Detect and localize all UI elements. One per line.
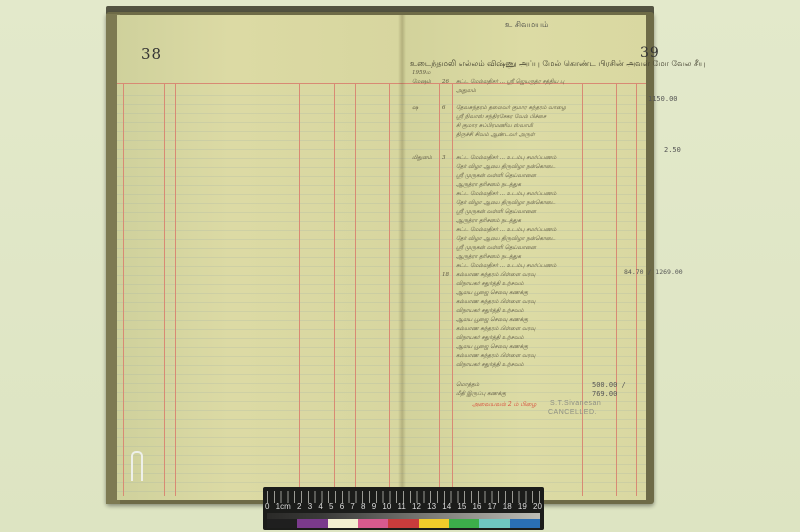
page-heading: உடைந்தமலி எல்லம் விஷ்ணு அப்பு மேல் கொண்ட… — [410, 59, 705, 69]
entry-line: ஸ்ரீ முருகன் வள்ளி தெய்வானை — [456, 244, 536, 253]
entry-day: 3 — [442, 154, 446, 163]
ruler-number: 4 — [318, 502, 322, 513]
ruled-lines — [117, 87, 402, 494]
cancelled-stamp: CANCELLED. — [548, 409, 597, 416]
ruler-number: 9 — [372, 502, 376, 513]
ruler-number: 14 — [442, 502, 451, 513]
entry-line: தேர் விழா ஆலய திருவிழா நன்கொடை — [456, 199, 555, 208]
entry-line: சுட்ட மேல்லதிசர் ... உடம்பு சமர்ப்பணம் — [456, 154, 556, 163]
entry-month: மிதுனம் — [412, 154, 432, 163]
total-amount: 500.00 / 769.00 — [592, 381, 652, 399]
top-invocation: உ சிவமயம் — [505, 20, 548, 30]
ruler-number: 0 — [265, 502, 269, 513]
entry-line: தேர் விழா ஆலய திருவிழா நன்கொடை — [456, 235, 555, 244]
entry-line: விநாயகர் சதுர்த்தி உற்சவம் — [456, 307, 524, 316]
entry-line: ஆலய பூஜை செலவு கணக்கு — [456, 289, 528, 298]
entry-line: விநாயகர் சதுர்த்தி உற்சவம் — [456, 280, 524, 289]
ruler-number: 11 — [398, 502, 406, 513]
entry-day: 6 — [442, 104, 446, 113]
column-line — [582, 83, 583, 496]
entry-line: ஸ்ரீ முருகன் வள்ளி தெய்வானை — [456, 208, 536, 217]
column-line — [636, 83, 637, 496]
color-swatch — [449, 519, 479, 528]
entry-line: ஆருத்ரா தரிசனம் நடத்துக — [456, 181, 521, 190]
ruler-number: 6 — [340, 502, 344, 513]
ruler-number: 12 — [412, 502, 421, 513]
color-swatch — [479, 519, 509, 528]
entry-line: ஸ்ரீ முருகன் வள்ளி தெய்வானை — [456, 172, 536, 181]
entry-line: தேர் விழா ஆலய திருவிழா நன்கொடை — [456, 163, 555, 172]
scale-ruler: 0 1cm 2 3 4 5 6 7 8 9 10 11 12 13 14 15 … — [263, 487, 544, 530]
ruler-number: 3 — [308, 502, 312, 513]
entry-month: மேஷம் — [412, 78, 431, 87]
paper-clip — [131, 451, 143, 481]
red-annotation: அவையவல் 2 ம் பிழை — [472, 401, 536, 409]
entry-line: ஸ்ரீ நிவாஸ் சந்திரசேகர வேல் பிச்சை — [456, 113, 546, 122]
entry-amount: 2.50 — [664, 146, 681, 154]
ruler-number: 17 — [488, 502, 497, 513]
ruler-number: 13 — [427, 502, 436, 513]
page-number-left: 38 — [141, 45, 162, 63]
ruler-number: 16 — [473, 502, 482, 513]
entry-line: கல்யாண சுந்தரம் பிள்ளை வரவு — [456, 298, 535, 307]
entry-line: ஆலய பூஜை செலவு கணக்கு — [456, 343, 528, 352]
column-line — [299, 83, 300, 496]
ruler-number: 8 — [361, 502, 365, 513]
color-swatch — [297, 519, 327, 528]
ruler-number: 20 — [533, 502, 542, 513]
entry-line: சி குமார சுப்பிரமணிய ஸ்வாமி — [456, 122, 533, 131]
ruler-number: 5 — [329, 502, 333, 513]
ruler-number: 2 — [297, 502, 301, 513]
ruler-number: 18 — [503, 502, 512, 513]
right-page: 39 உடைந்தமலி எல்லம் விஷ்ணு அப்பு மேல் கொ… — [402, 15, 646, 500]
year-label: 1959ம — [412, 69, 430, 78]
column-line — [334, 83, 335, 496]
color-swatches — [267, 519, 540, 528]
column-line — [355, 83, 356, 496]
entry-month: ஷ — [412, 104, 418, 113]
color-swatch — [267, 519, 297, 528]
entry-line: விநாயகர் சதுர்த்தி உற்சவம் — [456, 361, 524, 370]
entry-day: 18 — [442, 271, 449, 280]
ruler-number: 10 — [382, 502, 391, 513]
ruler-number: 15 — [457, 502, 466, 513]
ruler-numbers: 0 1cm 2 3 4 5 6 7 8 9 10 11 12 13 14 15 … — [265, 502, 542, 513]
header-rule — [117, 83, 402, 84]
entry-line: கல்யாண சுந்தரம் பிள்ளை வரவு — [456, 325, 535, 334]
entry-line: ஆருத்ரா தரிசனம் நடத்துக — [456, 253, 521, 262]
entry-line: திருச்சி சிவம் ஆண்டவர் அருள் — [456, 131, 535, 140]
color-swatch — [328, 519, 358, 528]
book-gutter — [398, 15, 406, 500]
entry-line: சுட்ட மேல்லதிசர் ... உடம்பு சமர்ப்பணம் — [456, 262, 556, 271]
column-line — [389, 83, 390, 496]
entry-line: விநாயகர் சதுர்த்தி உற்சவம் — [456, 334, 524, 343]
margin-line — [123, 83, 124, 496]
column-line — [452, 83, 453, 496]
balance-label: மீதி இருப்பு கணக்கு — [456, 390, 506, 399]
entry-day: 26 — [442, 78, 449, 87]
entry-amount: 1150.00 — [648, 95, 678, 103]
ruler-number: 7 — [350, 502, 354, 513]
left-page: 38 — [117, 15, 402, 500]
column-line — [164, 83, 165, 496]
entry-line: தேவசுந்தரம் தலைவர் குமார சுந்தரம் வாழை — [456, 104, 566, 113]
ruler-number: 19 — [518, 502, 527, 513]
entry-line: ஆலய பூஜை செலவு கணக்கு — [456, 316, 528, 325]
entry-line: கல்யாண சுந்தரம் பிள்ளை வரவு — [456, 352, 535, 361]
stamp-signature: S.T.Sivanesan — [550, 400, 601, 407]
color-swatch — [510, 519, 540, 528]
color-swatch — [388, 519, 418, 528]
entry-line: ஆருத்ரா தரிசனம் நடத்துக — [456, 217, 521, 226]
entry-line: சுட்ட மேல்லதிசர் ... உடம்பு சமர்ப்பணம் — [456, 190, 556, 199]
column-line — [616, 83, 617, 496]
total-label: மொத்தம் — [456, 381, 479, 390]
entry-line: அதுலம் — [456, 87, 476, 96]
entry-line: சுட்ட மேல்லதிசர் ... உடம்பு சமர்ப்பணம் — [456, 226, 556, 235]
column-line — [175, 83, 176, 496]
entry-line: சுட்ட மேல்லதிசர் ... ஸ்ரீ ஜெயருத்ர சத்தி… — [456, 78, 564, 87]
ruler-number: 1cm — [276, 502, 291, 513]
color-swatch — [419, 519, 449, 528]
entry-line: கல்யாண சுந்தரம் பிள்ளை வரவு — [456, 271, 535, 280]
column-line — [439, 83, 440, 496]
color-swatch — [358, 519, 388, 528]
entry-amount: 84.70 / 1269.00 — [624, 268, 684, 276]
